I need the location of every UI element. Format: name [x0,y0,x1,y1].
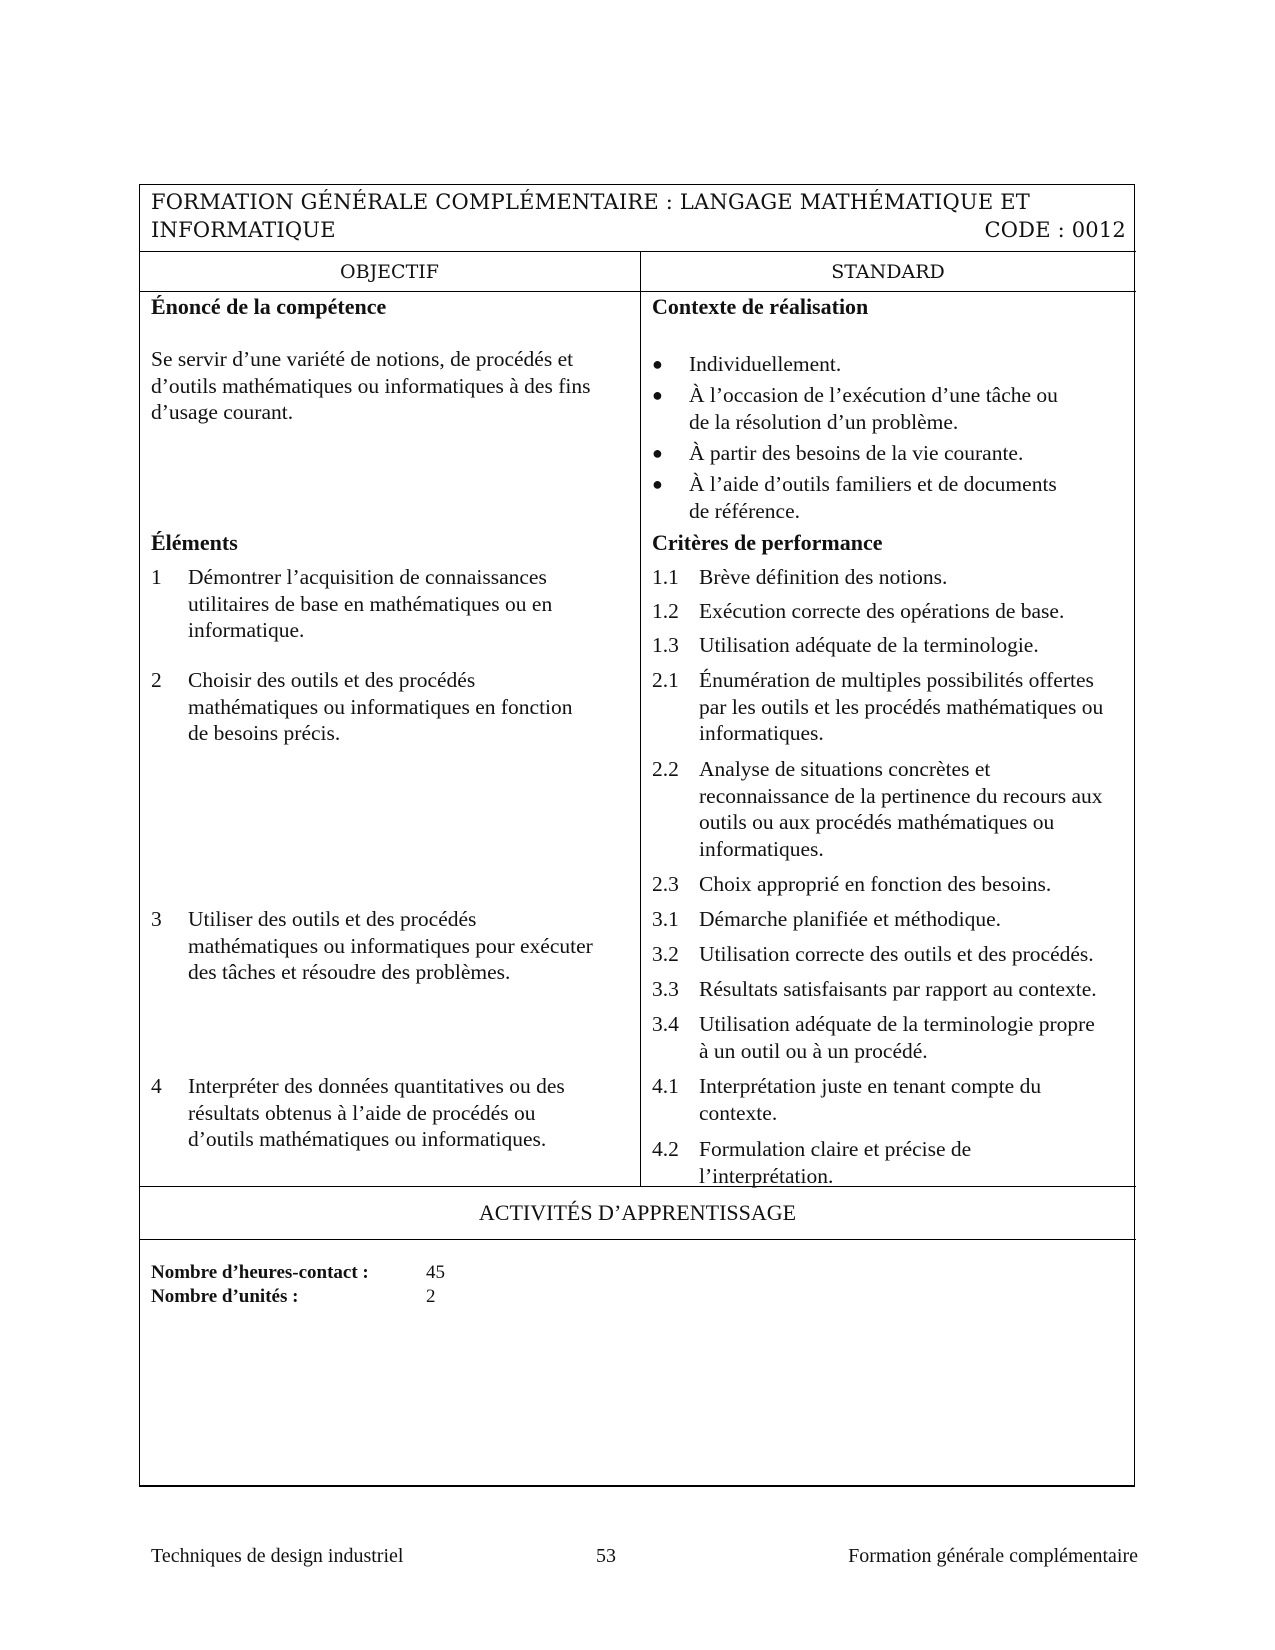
critere-line: Analyse de situations concrètes et [699,756,1103,783]
contexte-line: Individuellement. [689,351,841,378]
bullet-icon: ● [652,471,663,498]
critere-number: 2.3 [652,871,679,898]
critere-line: Exécution correcte des opérations de bas… [699,598,1064,625]
course-code: CODE : 0012 [984,216,1126,244]
critere-line: Formulation claire et précise de [699,1136,971,1163]
footer-section: Formation générale complémentaire [848,1544,1138,1568]
critere-line: par les outils et les procédés mathémati… [699,694,1103,721]
critere-line: Démarche planifiée et méthodique. [699,906,1001,933]
bullet-icon: ● [652,382,663,409]
enonce-heading: Énoncé de la compétence [151,294,386,320]
critere-number: 3.4 [652,1011,679,1038]
element-line: d’outils mathématiques ou informatiques. [188,1126,565,1153]
element-line: informatique. [188,617,552,644]
critere-line: Choix approprié en fonction des besoins. [699,871,1051,898]
footer-page-number: 53 [596,1544,616,1568]
hours-label: Nombre d’heures-contact : [151,1262,369,1283]
enonce-text: Se servir d’une variété de notions, de p… [151,346,590,426]
element-number: 3 [151,906,162,933]
element-number: 1 [151,564,162,591]
units-value: 2 [426,1285,436,1308]
units-row: Nombre d’unités : [151,1285,298,1308]
units-label: Nombre d’unités : [151,1286,298,1307]
contexte-line: À l’aide d’outils familiers et de docume… [689,471,1057,498]
element-number: 4 [151,1073,162,1100]
section-divider [139,1186,1136,1187]
contexte-line: de la résolution d’un problème. [689,409,1058,436]
enonce-line: d’usage courant. [151,399,590,426]
column-header-standard: STANDARD [640,260,1136,284]
title-line-1: FORMATION GÉNÉRALE COMPLÉMENTAIRE : LANG… [151,188,1126,216]
critere-line: Énumération de multiples possibilités of… [699,667,1103,694]
critere-line: Utilisation adéquate de la terminologie. [699,632,1039,659]
element-number: 2 [151,667,162,694]
element-line: Interpréter des données quantitatives ou… [188,1073,565,1100]
column-header-divider [139,291,1136,292]
element-line: utilitaires de base en mathématiques ou … [188,591,552,618]
critere-line: Brève définition des notions. [699,564,947,591]
critere-line: informatiques. [699,836,1103,863]
elements-heading: Éléments [151,530,238,556]
element-line: Utiliser des outils et des procédés [188,906,593,933]
critere-line: Résultats satisfaisants par rapport au c… [699,976,1097,1003]
title-line-2: INFORMATIQUE [151,216,336,244]
enonce-line: Se servir d’une variété de notions, de p… [151,346,590,373]
critere-number: 1.2 [652,598,679,625]
critere-number: 3.1 [652,906,679,933]
column-header-objectif: OBJECTIF [139,260,640,284]
critere-number: 2.1 [652,667,679,694]
critere-number: 1.3 [652,632,679,659]
bullet-icon: ● [652,440,663,467]
title-divider [139,251,1136,252]
contexte-line: À partir des besoins de la vie courante. [689,440,1023,467]
activities-divider [139,1239,1136,1240]
column-divider [640,251,641,1186]
critere-line: à un outil ou à un procédé. [699,1038,1095,1065]
enonce-line: d’outils mathématiques ou informatiques … [151,373,590,400]
critere-line: informatiques. [699,720,1103,747]
element-line: des tâches et résoudre des problèmes. [188,959,593,986]
criteres-heading: Critères de performance [652,530,883,556]
critere-line: contexte. [699,1100,1041,1127]
element-line: résultats obtenus à l’aide de procédés o… [188,1100,565,1127]
critere-number: 2.2 [652,756,679,783]
element-line: mathématiques ou informatiques pour exéc… [188,933,593,960]
element-line: Choisir des outils et des procédés [188,667,573,694]
critere-number: 1.1 [652,564,679,591]
page-title: FORMATION GÉNÉRALE COMPLÉMENTAIRE : LANG… [151,188,1126,244]
critere-number: 4.1 [652,1073,679,1100]
critere-line: l’interprétation. [699,1163,971,1190]
bullet-icon: ● [652,351,663,378]
activites-heading: ACTIVITÉS D’APPRENTISSAGE [139,1200,1136,1226]
critere-line: outils ou aux procédés mathématiques ou [699,809,1103,836]
contexte-line: de référence. [689,498,1057,525]
critere-line: reconnaissance de la pertinence du recou… [699,783,1103,810]
critere-line: Utilisation correcte des outils et des p… [699,941,1094,968]
critere-number: 3.3 [652,976,679,1003]
critere-number: 3.2 [652,941,679,968]
hours-row: Nombre d’heures-contact : [151,1261,369,1284]
element-line: mathématiques ou informatiques en foncti… [188,694,573,721]
element-line: de besoins précis. [188,720,573,747]
element-line: Démontrer l’acquisition de connaissances [188,564,552,591]
critere-line: Interprétation juste en tenant compte du [699,1073,1041,1100]
critere-line: Utilisation adéquate de la terminologie … [699,1011,1095,1038]
critere-number: 4.2 [652,1136,679,1163]
contexte-heading: Contexte de réalisation [652,294,868,320]
contexte-line: À l’occasion de l’exécution d’une tâche … [689,382,1058,409]
footer-program: Techniques de design industriel [151,1544,403,1568]
hours-value: 45 [426,1261,445,1284]
